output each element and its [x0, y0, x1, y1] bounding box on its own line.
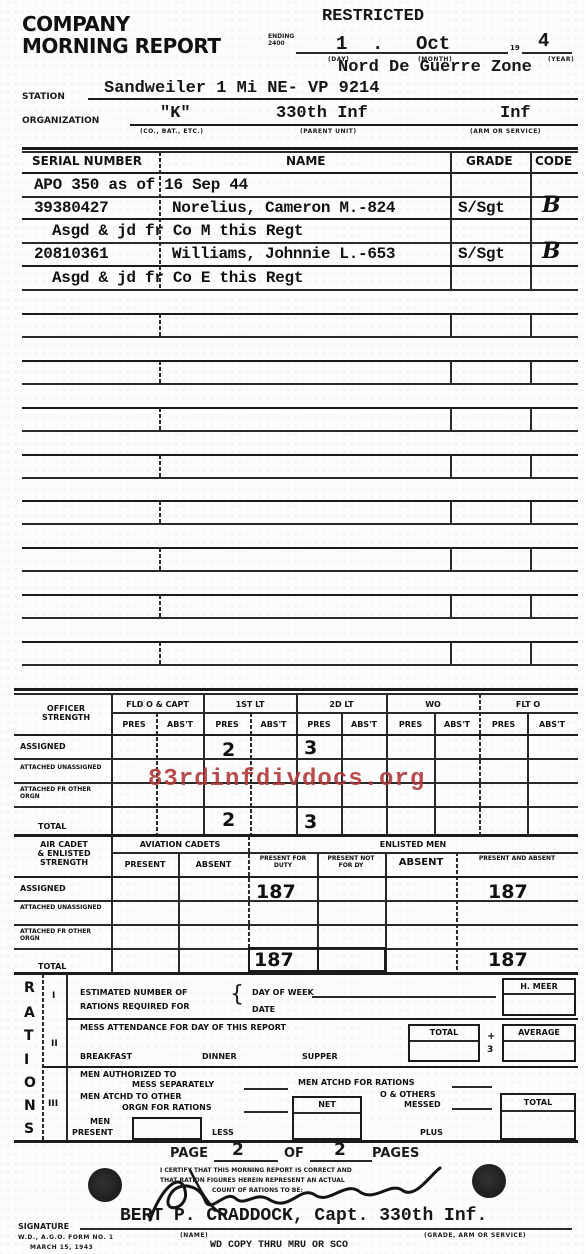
org-regiment: 330th Inf — [276, 104, 368, 123]
row-rule — [22, 196, 578, 198]
col-enlisted-absent: ABSENT — [386, 858, 456, 867]
rations-left-line — [42, 974, 44, 1142]
sub-pres: PRES — [204, 720, 250, 729]
page-number: 2 — [232, 1140, 244, 1160]
officer-2d-lt-assigned: 3 — [304, 738, 317, 758]
grp-1st-lt: 1ST LT — [204, 700, 296, 709]
form-title-line2: MORNING REPORT — [22, 36, 220, 56]
officer-col-line — [386, 694, 388, 836]
col-cadet-present: PRESENT — [112, 860, 178, 869]
enlisted-present-for-duty-assigned: 187 — [256, 882, 296, 902]
enlisted-col-line — [456, 852, 458, 972]
enlisted-present-and-absent-total: 187 — [488, 950, 528, 970]
sub-abs: ABS'T — [435, 720, 479, 729]
enlisted-row-rule — [14, 924, 578, 926]
enlisted-row-attached-fr-other: ATTACHED FR OTHER ORGN — [20, 928, 104, 942]
grp-2d-lt: 2D LT — [297, 700, 386, 709]
sub-pres: PRES — [480, 720, 527, 729]
organization-line — [130, 124, 578, 126]
officer-row-attached-unassigned: ATTACHED UNASSIGNED — [20, 764, 104, 771]
col-code: CODE — [535, 154, 572, 168]
sub-year: (YEAR) — [548, 56, 574, 63]
rations-section-line — [66, 974, 68, 1142]
roster-col-divider-2 — [450, 152, 452, 290]
mess-total-rule — [410, 1040, 478, 1042]
year-line — [522, 52, 572, 54]
officer-subcol-line — [434, 713, 436, 836]
row-rule — [22, 218, 578, 220]
officer-col-line — [111, 694, 113, 836]
plus-label: PLUS — [420, 1128, 443, 1137]
org-arm: Inf — [500, 104, 531, 123]
col-grade: GRADE — [466, 154, 513, 168]
sub-pres: PRES — [112, 720, 156, 729]
station-value: Sandweiler 1 Mi NE- VP 9214 — [104, 79, 379, 98]
rations-section-iii: III — [48, 1100, 58, 1109]
h-meer-rule — [504, 993, 574, 995]
classification-stamp: RESTRICTED — [322, 7, 424, 26]
officer-1st-lt-total: 2 — [222, 810, 235, 830]
supper-label: SUPPER — [302, 1052, 338, 1061]
page-total: 2 — [334, 1140, 346, 1160]
sub-abs: ABS'T — [528, 720, 576, 729]
h-meer-label: H. MEER — [504, 982, 574, 991]
location-note: Nord De Guerre Zone — [338, 58, 532, 77]
roster-header-rule — [22, 172, 578, 174]
date-label: DATE — [252, 1005, 275, 1014]
day-of-week-line — [312, 996, 496, 998]
enlisted-group-rule — [111, 852, 578, 854]
enlisted-row-rule — [14, 876, 578, 878]
roster-serial: 20810361 — [34, 245, 108, 263]
sub-grade: (GRADE, ARM OR SERVICE) — [424, 1232, 526, 1239]
orgn-for-rations-line — [244, 1111, 288, 1113]
roster-code: B — [542, 192, 561, 218]
col-serial-number: SERIAL NUMBER — [32, 154, 142, 168]
col-cadet-absent: ABSENT — [179, 860, 248, 869]
morning-report-page: COMPANY MORNING REPORT RESTRICTED ENDING… — [0, 0, 586, 1254]
row-rule — [22, 265, 578, 267]
report-month: Oct — [416, 33, 450, 55]
men-present-label-1: MEN — [90, 1117, 110, 1126]
roster-code: B — [542, 238, 561, 264]
enlisted-present-and-absent-assigned: 187 — [488, 882, 528, 902]
brace-icon: { — [230, 982, 244, 1007]
mess-attendance-label: MESS ATTENDANCE FOR DAY OF THIS REPORT — [80, 1023, 286, 1032]
enlisted-strength-title: AIR CADET& ENLISTEDSTRENGTH — [20, 840, 108, 867]
men-authorized-label: MEN AUTHORIZED TO — [80, 1070, 176, 1079]
officer-col-line — [296, 694, 298, 836]
enlisted-present-for-duty-total: 187 — [254, 950, 294, 970]
enlisted-total-box-divider — [317, 948, 319, 972]
sub-abs: ABS'T — [157, 720, 203, 729]
rations-rule-1 — [66, 1018, 578, 1020]
estimated-number-label: ESTIMATED NUMBER OF — [80, 988, 187, 997]
mess-separately-line — [244, 1088, 288, 1090]
report-year: 4 — [538, 30, 549, 52]
enlisted-col-line — [178, 852, 180, 972]
breakfast-label: BREAKFAST — [80, 1052, 132, 1061]
rations-section-i: I — [52, 992, 55, 1001]
officer-bottom-rule — [14, 834, 578, 837]
enlisted-bottom-rule — [14, 972, 578, 975]
officer-group-rule — [111, 712, 578, 714]
roster-name: Williams, Johnnie L.-653 — [172, 245, 395, 263]
enlisted-col-line — [111, 836, 113, 972]
officer-row-rule — [14, 758, 578, 760]
roster-col-divider-3 — [530, 152, 532, 290]
less-label: LESS — [212, 1128, 234, 1137]
officer-row-rule — [14, 734, 578, 736]
row-rule — [22, 242, 578, 244]
enlisted-men-header: ENLISTED MEN — [249, 840, 577, 849]
net-rule — [294, 1112, 360, 1114]
form-id-2: MARCH 15, 1943 — [30, 1244, 93, 1251]
divide-symbol: + — [487, 1032, 495, 1041]
officer-subcol-line — [527, 713, 529, 836]
roster-entry-note: Asgd & jd fr Co M this Regt — [52, 222, 303, 240]
sub-abs: ABS'T — [342, 720, 386, 729]
mess-total-label: TOTAL — [410, 1028, 478, 1037]
dinner-label: DINNER — [202, 1052, 237, 1061]
rations-total-label: TOTAL — [502, 1098, 574, 1107]
roster-entry-note: APO 350 as of 16 Sep 44 — [34, 176, 248, 194]
net-label: NET — [294, 1100, 360, 1109]
sub-abs: ABS'T — [251, 720, 296, 729]
average-label: AVERAGE — [504, 1028, 574, 1037]
roster-grade: S/Sgt — [458, 199, 505, 217]
org-company: "K" — [160, 104, 191, 123]
org-sub-arm: (ARM OR SERVICE) — [470, 128, 541, 135]
rations-total-rule — [502, 1110, 574, 1112]
station-label: STATION — [22, 92, 65, 102]
signature-line — [80, 1228, 572, 1230]
signature-label: SIGNATURE — [18, 1222, 69, 1231]
sub-name: (NAME) — [180, 1232, 208, 1239]
form-title-line1: COMPANY — [22, 14, 130, 34]
of-label: OF — [284, 1146, 304, 1161]
year-prefix: 19 — [510, 44, 520, 52]
watermark: 83rdinfdivdocs.org — [148, 766, 425, 793]
enlisted-row-attached-unassigned: ATTACHED UNASSIGNED — [20, 904, 104, 911]
officer-row-assigned: ASSIGNED — [20, 742, 66, 751]
officer-2d-lt-total: 3 — [304, 812, 317, 832]
roster-top-rule-2 — [22, 151, 578, 153]
pages-label: PAGES — [372, 1146, 419, 1161]
men-atchd-other-label: MEN ATCHD TO OTHER — [80, 1092, 182, 1101]
officer-col-line — [479, 694, 481, 836]
ending-label: ENDING2400 — [268, 33, 294, 47]
officer-col-line — [203, 694, 205, 836]
org-sub-regiment: (PARENT UNIT) — [300, 128, 357, 135]
officer-1st-lt-assigned: 2 — [222, 740, 235, 760]
row-rule — [22, 289, 578, 291]
rations-section-ii: II — [51, 1040, 58, 1049]
enlisted-row-assigned: ASSIGNED — [20, 884, 66, 893]
roster-entry-note: Asgd & jd fr Co E this Regt — [52, 269, 303, 287]
messed-line — [452, 1108, 492, 1110]
grp-fld-o-capt: FLD O & CAPT — [112, 700, 203, 709]
rations-bottom-rule — [14, 1140, 578, 1143]
punch-hole-left — [88, 1168, 122, 1202]
men-present-label-2: PRESENT — [72, 1128, 113, 1137]
punch-hole-right — [472, 1164, 506, 1198]
signer-name: BERT P. CRADDOCK, Capt. 330th Inf. — [120, 1206, 487, 1226]
enlisted-row-rule — [14, 900, 578, 902]
roster-serial: 39380427 — [34, 199, 108, 217]
average-rule — [504, 1040, 574, 1042]
col-name: NAME — [286, 154, 325, 168]
date-separator: . — [372, 33, 383, 55]
col-present-for-duty: PRESENT FOR DUTY — [252, 855, 314, 869]
roster-name: Norelius, Cameron M.-824 — [172, 199, 395, 217]
col-present-not-for-duty: PRESENT NOT FOR DY — [320, 855, 382, 869]
divide-by-value: 3 — [487, 1046, 493, 1055]
form-id-1: W.D., A.G.O. FORM NO. 1 — [18, 1234, 114, 1241]
mess-separately-label: MESS SEPARATELY — [132, 1080, 214, 1089]
org-sub-company: (CO., BAT., ETC.) — [140, 128, 203, 135]
grp-flt-o: FLT O — [480, 700, 576, 709]
rations-rule-2 — [42, 1066, 578, 1068]
aviation-cadets-header: AVIATION CADETS — [112, 840, 248, 849]
sub-pres: PRES — [387, 720, 434, 729]
officer-row-rule — [14, 806, 578, 808]
report-day: 1 — [336, 33, 347, 55]
roster-grade: S/Sgt — [458, 245, 505, 263]
men-atchd-rations-label: MEN ATCHD FOR RATIONS — [298, 1078, 415, 1087]
officer-row-total: TOTAL — [38, 822, 66, 831]
o-others-label: O & OTHERS — [380, 1090, 436, 1099]
grp-wo: WO — [387, 700, 479, 709]
messed-label: MESSED — [404, 1100, 441, 1109]
date-line — [296, 52, 508, 54]
men-atchd-rations-line — [452, 1086, 492, 1088]
organization-label: ORGANIZATION — [22, 116, 99, 126]
rations-required-label: RATIONS REQUIRED FOR — [80, 1002, 190, 1011]
officer-row-attached-fr-other: ATTACHED FR OTHER ORGN — [20, 786, 104, 800]
officer-top-rule — [14, 688, 578, 691]
station-line — [88, 98, 578, 100]
page-label: PAGE — [170, 1146, 208, 1161]
col-present-and-absent: PRESENT AND ABSENT — [474, 855, 560, 862]
orgn-for-rations-label: ORGN FOR RATIONS — [122, 1103, 212, 1112]
wd-copy-note: WD COPY THRU MRU OR SCO — [210, 1240, 348, 1251]
sub-pres: PRES — [297, 720, 341, 729]
enlisted-row-total: TOTAL — [38, 962, 66, 971]
roster-top-rule — [22, 147, 578, 150]
officer-strength-title: OFFICERSTRENGTH — [26, 704, 106, 722]
day-of-week-label: DAY OF WEEK — [252, 988, 314, 997]
men-present-box — [132, 1117, 202, 1140]
